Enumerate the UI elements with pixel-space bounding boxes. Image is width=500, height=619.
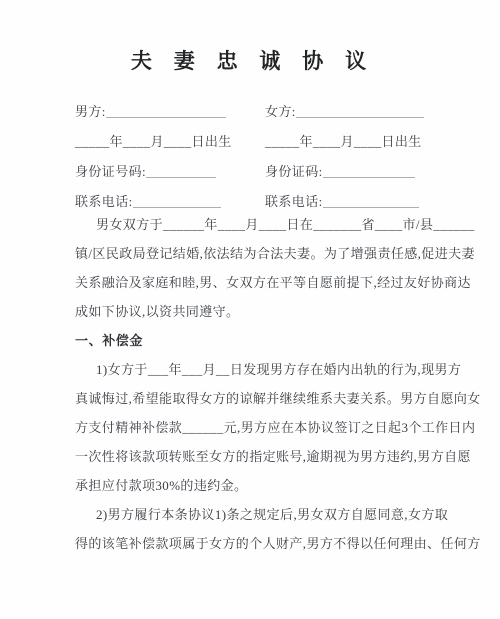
male-id-row: 身份证号码: xyxy=(75,150,265,180)
blank-line xyxy=(133,194,221,208)
clause1-line: 一次性将该款项转账至女方的指定账号,逾期视为男方违约,男方自愿 xyxy=(75,442,427,471)
female-phone-label: 联系电话: xyxy=(265,191,323,210)
male-birth-text: _____年____月____日出生 xyxy=(75,131,232,150)
clause1-line: 真诚悔过,希望能取得女方的谅解并继续维系夫妻关系。男方自愿向女 xyxy=(75,384,427,413)
male-phone-row: 联系电话: xyxy=(75,180,265,210)
clause2-line: 得的该笔补偿款项属于女方的个人财产,男方不得以任何理由、任何方 xyxy=(75,529,427,558)
document-title: 夫 妻 忠 诚 协 议 xyxy=(75,48,427,76)
blank-line xyxy=(323,194,419,208)
blank-line xyxy=(106,104,226,118)
blank-line xyxy=(323,164,415,178)
document-page: 夫 妻 忠 诚 协 议 男方: _____年____月____日出生 身份证号码… xyxy=(0,0,500,619)
female-name-row: 女方: xyxy=(265,90,427,120)
female-name-label: 女方: xyxy=(265,101,296,120)
female-birth-text: _____年____月____日出生 xyxy=(265,131,422,150)
agreement-body: 男女双方于______年____月____日在_______省____市/县__… xyxy=(75,210,427,558)
blank-line xyxy=(296,104,424,118)
clause1-line: 方支付精神补偿款______元,男方应在本协议签订之日起3个工作日内 xyxy=(75,413,427,442)
female-id-row: 身份证码: xyxy=(265,150,427,180)
male-name-label: 男方: xyxy=(75,101,106,120)
female-id-label: 身份证码: xyxy=(265,161,323,180)
party-info-form: 男方: _____年____月____日出生 身份证号码: 联系电话: 女方: … xyxy=(75,90,427,210)
female-phone-row: 联系电话: xyxy=(265,180,427,210)
female-birth-row: _____年____月____日出生 xyxy=(265,120,427,150)
male-birth-row: _____年____月____日出生 xyxy=(75,120,265,150)
intro-line: 成如下协议,以资共同遵守。 xyxy=(75,297,427,326)
intro-line: 镇/区民政局登记结婚,依法结为合法夫妻。为了增强责任感,促进夫妻 xyxy=(75,239,427,268)
male-party-column: 男方: _____年____月____日出生 身份证号码: 联系电话: xyxy=(75,90,265,210)
clause1-line: 1)女方于___年___月__日发现男方存在婚内出轨的行为,现男方 xyxy=(75,355,427,384)
intro-line: 关系融洽及家庭和睦,男、女双方在平等自愿前提下,经过友好协商达 xyxy=(75,268,427,297)
section1-heading: 一、补偿金 xyxy=(75,326,427,355)
intro-line: 男女双方于______年____月____日在_______省____市/县__… xyxy=(75,210,427,239)
female-party-column: 女方: _____年____月____日出生 身份证码: 联系电话: xyxy=(265,90,427,210)
clause2-line: 2)男方履行本条协议1)条之规定后,男女双方自愿同意,女方取 xyxy=(75,500,427,529)
male-id-label: 身份证号码: xyxy=(75,161,146,180)
clause1-line: 承担应付款项30%的违约金。 xyxy=(75,471,427,500)
male-phone-label: 联系电话: xyxy=(75,191,133,210)
blank-line xyxy=(146,164,216,178)
male-name-row: 男方: xyxy=(75,90,265,120)
